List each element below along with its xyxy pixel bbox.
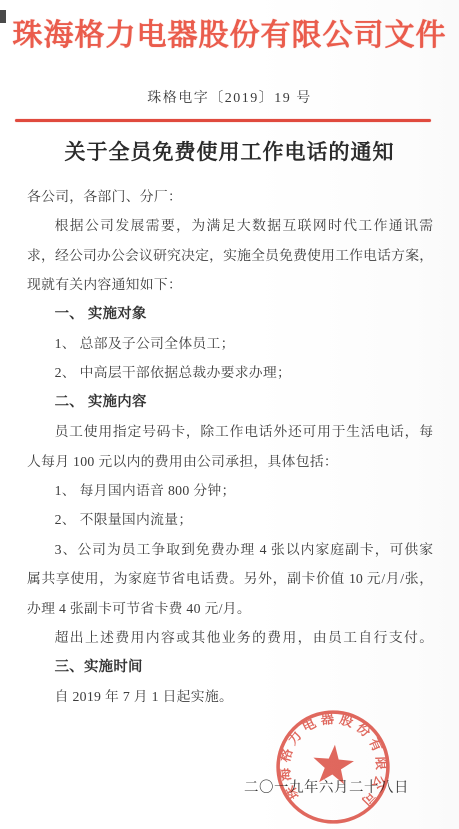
body-line: 1、 总部及子公司全体员工； (27, 329, 433, 358)
document-title: 关于全员免费使用工作电话的通知 (0, 136, 459, 166)
body-line: 各公司，各部门、分厂： (27, 182, 433, 211)
body-line: 3、公司为员工争取到免费办理 4 张以内家庭副卡，可供家 (27, 535, 433, 564)
body-line: 超出上述费用内容或其他业务的费用，由员工自行支付。 (27, 623, 433, 652)
body-line: 员工使用指定号码卡，除工作电话外还可用于生活电话，每 (27, 417, 433, 446)
body-line: 求，经公司办公会议研究决定，实施全员免费使用工作电话方案， (27, 241, 433, 270)
letterhead-org-title: 珠海格力电器股份有限公司文件 (0, 10, 459, 54)
body-line: 2、 中高层干部依据总裁办要求办理； (27, 358, 433, 387)
body-line: 三、实施时间 (27, 653, 433, 682)
body-line: 1、 每月国内语音 800 分钟； (27, 476, 433, 505)
body-line: 根据公司发展需要，为满足大数据互联网时代工作通讯需 (27, 211, 433, 240)
letterhead-divider-line (15, 119, 431, 122)
body-line: 办理 4 张副卡可节省卡费 40 元/月。 (27, 594, 433, 623)
body-line: 二、 实施内容 (27, 388, 433, 417)
body-line: 2、 不限量国内流量； (27, 505, 433, 534)
body-line: 一、 实施对象 (27, 300, 433, 329)
body-line: 人每月 100 元以内的费用由公司承担，具体包括： (27, 447, 433, 476)
document-body: 各公司，各部门、分厂：根据公司发展需要，为满足大数据互联网时代工作通讯需求，经公… (27, 182, 433, 711)
body-line: 属共享使用，为家庭节省电话费。另外，副卡价值 10 元/月/张， (27, 564, 433, 593)
document-page: 珠海格力电器股份有限公司文件 珠格电字〔2019〕19 号 关于全员免费使用工作… (0, 0, 459, 829)
seal-star-icon (311, 743, 355, 785)
document-number: 珠格电字〔2019〕19 号 (0, 87, 459, 107)
body-line: 现就有关内容通知如下： (27, 270, 433, 299)
company-seal-stamp: 珠海格力电器股份有限公司 (267, 701, 399, 829)
body-line: 自 2019 年 7 月 1 日起实施。 (27, 682, 433, 711)
